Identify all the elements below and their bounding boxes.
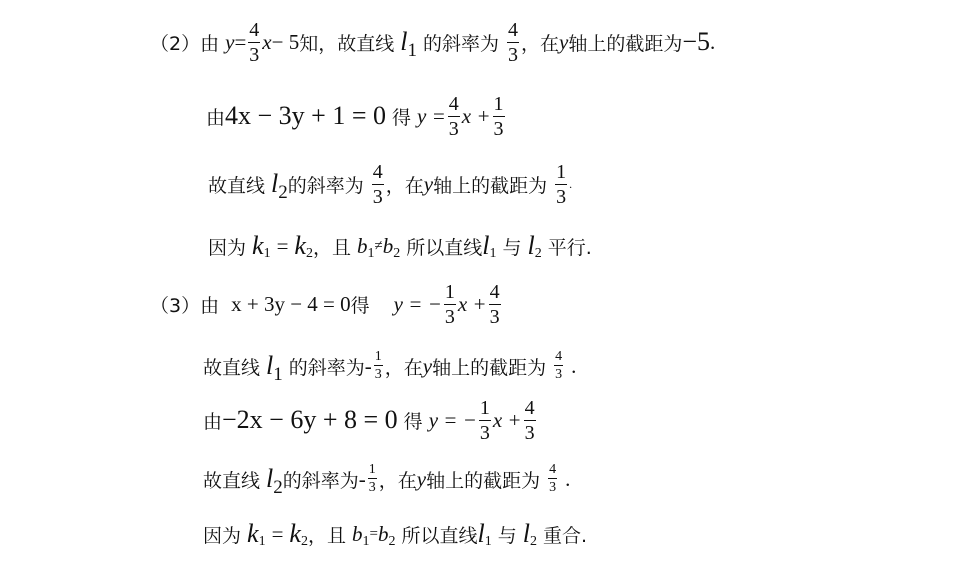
equation: 4x − 3y + 1 = 0: [225, 101, 386, 131]
fraction: 4 3: [507, 20, 519, 65]
equation: x + 3y − 4 = 0: [231, 292, 351, 317]
fraction: 4 3: [448, 94, 460, 139]
fraction: 4 3: [524, 398, 536, 443]
line-symbol: l: [400, 27, 407, 57]
part3-line5: 因为 k1 = k2 ， 且 b1 = b2 所以直线 l1 与 l2 重合.: [203, 514, 587, 554]
part2-line1: （2） 由 y = 4 3 x − 5 知，故直线 l1 的斜率为 4 3 ， …: [150, 22, 715, 62]
part2-line3: 故直线 l2 的斜率为 4 3 ， 在 y 轴上的截距为 1 3 .: [208, 164, 572, 204]
fraction: 1 3: [479, 398, 491, 443]
fraction: 1 3: [374, 350, 383, 382]
part3-line4: 故直线 l2 的斜率为 - 1 3 ， 在 y 轴上的截距为 4 3 .: [203, 459, 570, 499]
line-symbol: l: [271, 169, 278, 199]
line-symbol: l: [266, 351, 273, 381]
part3-line1: （3） 由 x + 3y − 4 = 0 得 y = − 1 3 x + 4 3: [150, 284, 503, 324]
equation: −2x − 6y + 8 = 0: [222, 405, 398, 435]
line-symbol: l: [266, 464, 273, 494]
part3-line2: 故直线 l1 的斜率为 - 1 3 ， 在 y 轴上的截距为 4 3 .: [203, 346, 576, 386]
part2-line2: 由 4x − 3y + 1 = 0 得 y = 4 3 x + 1 3: [206, 96, 507, 136]
fraction: 1 3: [368, 463, 377, 495]
part-label: （2）: [150, 29, 200, 56]
fraction: 1 3: [493, 94, 505, 139]
part-label: （3）: [150, 291, 200, 318]
fraction: 1 3: [444, 282, 456, 327]
fraction: 4 3: [548, 463, 557, 495]
part3-line3: 由 −2x − 6y + 8 = 0 得 y = − 1 3 x + 4 3: [203, 400, 538, 440]
fraction: 4 3: [372, 162, 384, 207]
part2-line4: 因为 k1 = k2 ， 且 b1 ≠ b2 所以直线 l1 与 l2 平行.: [208, 226, 592, 266]
fraction: 4 3: [489, 282, 501, 327]
fraction: 4 3: [248, 20, 260, 65]
fraction: 1 3: [555, 162, 567, 207]
fraction: 4 3: [554, 350, 563, 382]
